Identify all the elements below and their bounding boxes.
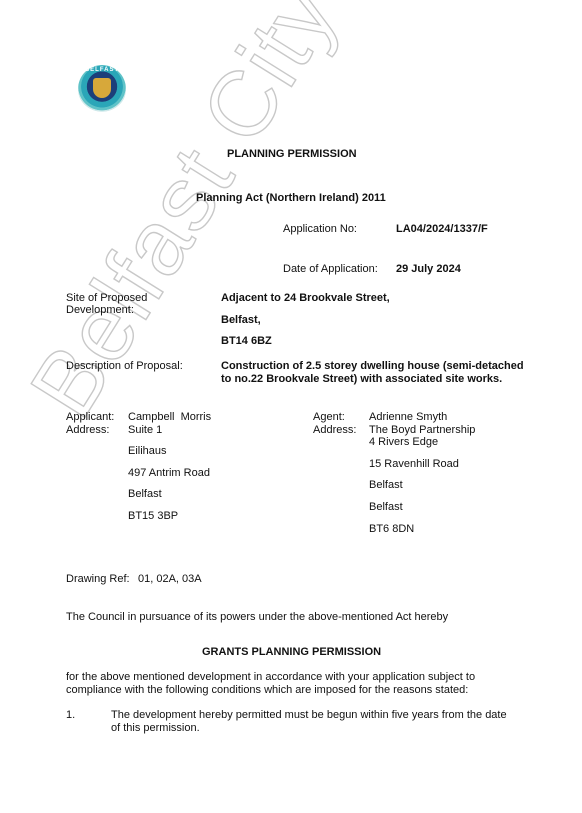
pursuance-text: The Council in pursuance of its powers u…	[66, 611, 448, 623]
proposal-line: Construction of 2.5 storey dwelling hous…	[221, 360, 524, 372]
applicant-name: Campbell Morris	[128, 411, 211, 423]
agent-label: Agent:	[313, 411, 345, 423]
condition-text-line1: The development hereby permitted must be…	[111, 709, 507, 721]
council-logo-icon: BELFAST	[78, 65, 126, 113]
applicant-address-line: 497 Antrim Road	[128, 467, 210, 479]
agent-address-line: Belfast	[369, 479, 403, 491]
proposal-line: to no.22 Brookvale Street) with associat…	[221, 373, 502, 385]
drawing-ref-value: 01, 02A, 03A	[138, 573, 202, 585]
applicant-address-line: Eilihaus	[128, 445, 167, 457]
application-number-label: Application No:	[283, 223, 357, 235]
applicant-label: Applicant:	[66, 411, 114, 423]
site-label-line2: Development:	[66, 304, 134, 316]
compliance-text-line1: for the above mentioned development in a…	[66, 671, 475, 683]
logo-ring-text: BELFAST	[78, 67, 126, 73]
grants-heading: GRANTS PLANNING PERMISSION	[202, 646, 381, 658]
application-date-label: Date of Application:	[283, 263, 378, 275]
condition-number: 1.	[66, 709, 75, 721]
applicant-address-line: Belfast	[128, 488, 162, 500]
agent-address-line: 15 Ravenhill Road	[369, 458, 459, 470]
condition-text-line2: of this permission.	[111, 722, 200, 734]
site-label-line1: Site of Proposed	[66, 292, 147, 304]
proposal-label: Description of Proposal:	[66, 360, 183, 372]
agent-address-line: 4 Rivers Edge	[369, 436, 438, 448]
site-address-line: Belfast,	[221, 314, 261, 326]
application-number: LA04/2024/1337/F	[396, 223, 488, 235]
agent-address-line: The Boyd Partnership	[369, 424, 475, 436]
site-address-line: BT14 6BZ	[221, 335, 272, 347]
applicant-address-line: BT15 3BP	[128, 510, 178, 522]
drawing-ref-label: Drawing Ref:	[66, 573, 130, 585]
crest-icon	[93, 78, 111, 98]
agent-name: Adrienne Smyth	[369, 411, 447, 423]
agent-address-line: BT6 8DN	[369, 523, 414, 535]
page-title: PLANNING PERMISSION	[227, 148, 357, 160]
site-address-line: Adjacent to 24 Brookvale Street,	[221, 292, 390, 304]
applicant-address-line: Suite 1	[128, 424, 162, 436]
application-date: 29 July 2024	[396, 263, 461, 275]
applicant-address-label: Address:	[66, 424, 109, 436]
act-title: Planning Act (Northern Ireland) 2011	[196, 192, 386, 204]
agent-address-line: Belfast	[369, 501, 403, 513]
compliance-text-line2: compliance with the following conditions…	[66, 684, 468, 696]
agent-address-label: Address:	[313, 424, 356, 436]
